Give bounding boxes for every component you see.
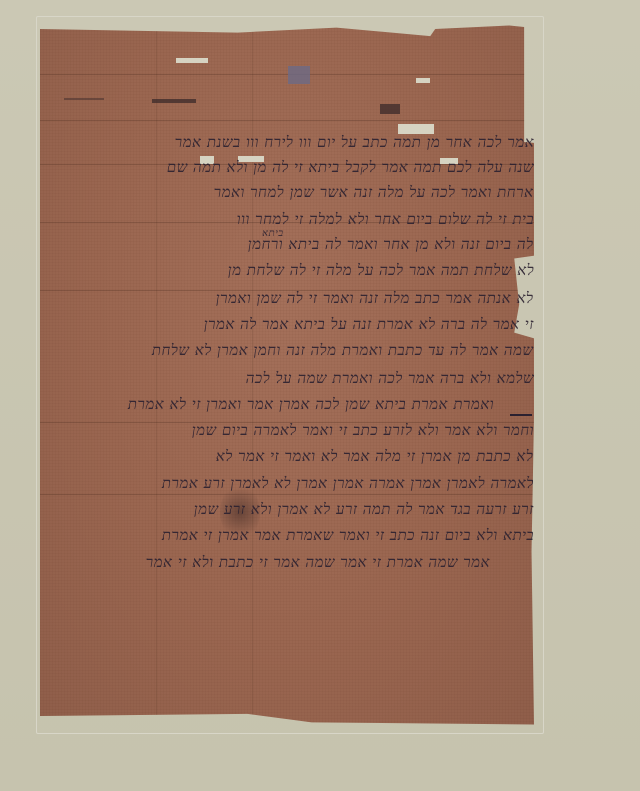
tear-hole <box>176 58 208 63</box>
fold-line <box>40 494 534 495</box>
text-line-6: לא שלחת תמה אמר לכה על מלה זי לה שלחת מן <box>226 260 535 280</box>
fold-line <box>40 120 534 121</box>
text-line-5: לה ביום זנה ולא מן אחר ואמר לה ביתא ורחמ… <box>247 234 536 254</box>
fold-line-vertical <box>156 22 157 728</box>
dark-patch <box>152 99 196 103</box>
text-line-10: שלמא ולא ברה אמר לכה ואמרת שמה על לכה <box>244 368 535 388</box>
text-line-17: אמר שמה אמרת זי אמר שמה אמר זי כתבת ולא … <box>144 552 491 572</box>
text-line-7: לא אנתה אמר כתב מלה זנה ואמר זי לה שמן ו… <box>215 288 535 308</box>
dark-patch <box>380 104 400 114</box>
text-line-15: זרע זרעה בגד אמר לה תמה זרע לא אמרן ולא … <box>193 499 536 519</box>
text-line-12: וחמר ולא אמר ולא לזרע כתב זי ואמר לאמרה … <box>190 420 535 440</box>
margin-dash <box>510 414 532 416</box>
text-line-16: ביתא ולא ביום זנה כתב זי ואמר שאמרת אמר … <box>160 525 535 545</box>
dark-patch <box>64 98 104 100</box>
fold-line <box>40 74 534 75</box>
text-line-2: שנה עלה לכם תמה אמר לקבל ביתא זי לה מן ו… <box>165 157 535 177</box>
tear-hole <box>416 78 430 83</box>
text-line-8: זי אמר לה ברה לא אמרת זנה על ביתא אמר לה… <box>202 314 535 334</box>
text-line-11: ואמרת אמרת ביתא שמן לכה אמרן אמר ואמרן ז… <box>126 394 495 414</box>
text-line-9: שמה אמר לה עד כתבת ואמרת מלה זנה וחמן אמ… <box>151 340 536 360</box>
text-line-3: ארחת ואמר לכה על מלה זנה אשר שמן למחר וא… <box>213 182 536 202</box>
dark-patch <box>288 66 310 84</box>
text-line-14: לאמרה לאמרן אמרן אמרה אמרן אמרן לא לאמרן… <box>160 473 535 493</box>
mounting-board: אמר לכה אחר מן תמה כתב על יום ווו לירח ו… <box>0 0 640 791</box>
text-line-1: אמר לכה אחר מן תמה כתב על יום ווו לירח ו… <box>173 132 535 152</box>
text-line-13: לא כתבת מן אמרן זי מלה אמר לא ואמר זי אמ… <box>215 446 535 466</box>
